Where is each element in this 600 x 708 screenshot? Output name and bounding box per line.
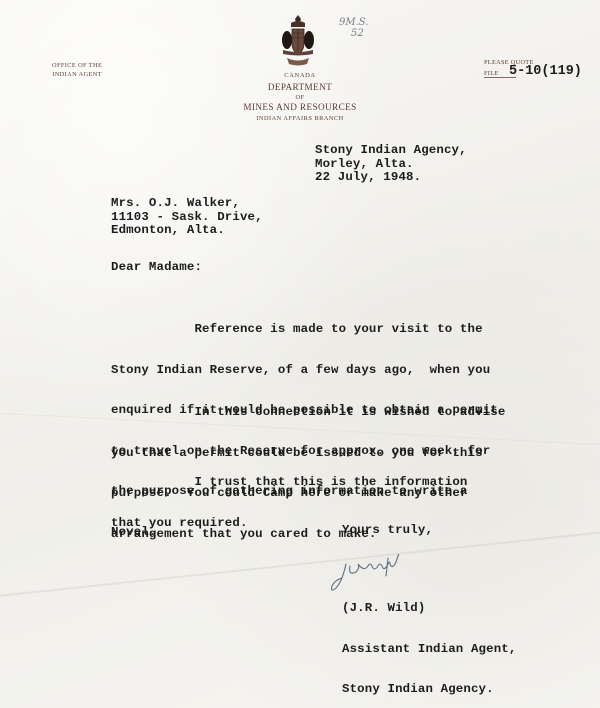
- sender-line: Stony Indian Agency,: [315, 144, 467, 158]
- file-number: 5-10(119): [509, 64, 582, 79]
- handwritten-note-line: 52: [339, 28, 368, 39]
- letter-date: 22 July, 1948.: [315, 171, 467, 185]
- sender-address: Stony Indian Agency,Morley, Alta.22 July…: [315, 144, 467, 185]
- department-line: DEPARTMENT: [0, 82, 600, 93]
- signer-agency: Stony Indian Agency.: [342, 683, 516, 697]
- recipient-line: Mrs. O.J. Walker,: [111, 197, 263, 211]
- department-heading: DEPARTMENT OF MINES AND RESOURCES INDIAN…: [0, 82, 600, 124]
- department-of: OF: [0, 93, 600, 102]
- office-label-line: OFFICE OF THE: [52, 61, 102, 70]
- coat-of-arms-icon: [279, 14, 317, 70]
- signature-block: (J.R. Wild) Assistant Indian Agent, Ston…: [342, 575, 516, 708]
- signer-title: Assistant Indian Agent,: [342, 643, 516, 657]
- recipient-line: Edmonton, Alta.: [111, 224, 263, 238]
- handwritten-note-line: 9M.S.: [339, 17, 368, 28]
- body-line: Reference is made to your visit to the: [111, 323, 498, 337]
- body-line: Stony Indian Reserve, of a few days ago,…: [111, 364, 498, 378]
- handwritten-note: 9M.S. 52: [339, 17, 368, 39]
- recipient-line: 11103 - Sask. Drive,: [111, 211, 263, 225]
- salutation: Dear Madame:: [111, 261, 202, 275]
- sender-line: Morley, Alta.: [315, 158, 467, 172]
- branch-name: INDIAN AFFAIRS BRANCH: [0, 113, 600, 124]
- recipient-address: Mrs. O.J. Walker,11103 - Sask. Drive,Edm…: [111, 197, 263, 238]
- department-name: MINES AND RESOURCES: [0, 102, 600, 113]
- closing: Yours truly,: [342, 524, 433, 538]
- body-line: I trust that this is the information: [111, 476, 468, 490]
- signer-name: (J.R. Wild): [342, 602, 516, 616]
- body-line: In this connection it is wished to advis…: [111, 406, 505, 420]
